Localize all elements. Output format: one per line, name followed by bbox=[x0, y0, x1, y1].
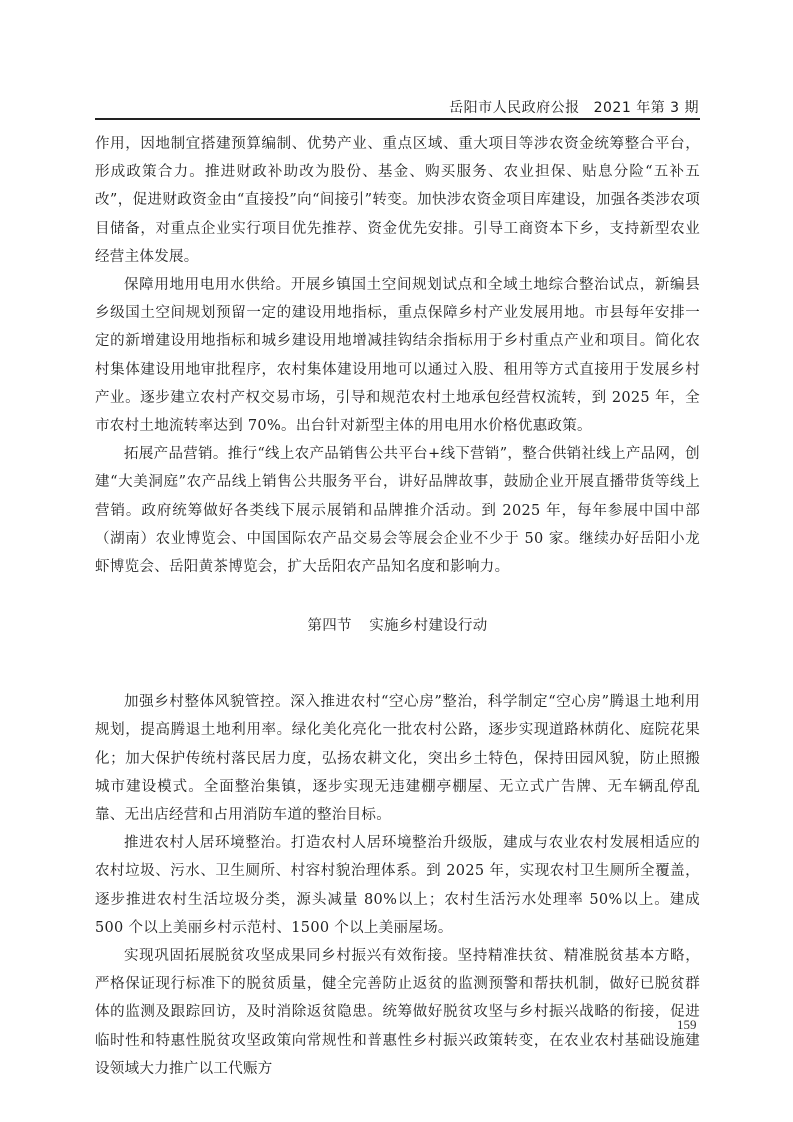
issue-label: 2021 年第 3 期 bbox=[594, 100, 699, 116]
section-title: 实施乡村建设行动 bbox=[369, 618, 487, 634]
paragraph-poverty-alleviation: 实现巩固拓展脱贫攻坚成果同乡村振兴有效衔接。坚持精准扶贫、精准脱贫基本方略，严格… bbox=[95, 942, 700, 1083]
paragraph-village-appearance: 加强乡村整体风貌管控。深入推进农村“空心房”整治，科学制定“空心房”腾退土地利用… bbox=[95, 688, 700, 829]
paragraph-product-marketing: 拓展产品营销。推行“线上农产品销售公共平台+线下营销”，整合供销社线上产品网，创… bbox=[95, 440, 700, 581]
paragraph-living-environment: 推进农村人居环境整治。打造农村人居环境整治升级版，建成与农业农村发展相适应的农村… bbox=[95, 829, 700, 942]
section-number: 第四节 bbox=[307, 618, 351, 634]
section-heading: 第四节实施乡村建设行动 bbox=[95, 612, 700, 640]
header-divider bbox=[95, 118, 700, 120]
page-number: 159 bbox=[677, 1017, 697, 1033]
publication-name: 岳阳市人民政府公报 bbox=[449, 100, 580, 116]
paragraph-fiscal-integration: 作用，因地制宜搭建预算编制、优势产业、重点区域、重大项目等涉农资金统筹整合平台，… bbox=[95, 130, 700, 271]
publication-header: 岳阳市人民政府公报2021 年第 3 期 bbox=[449, 97, 699, 117]
paragraph-land-power-water: 保障用地用电用水供给。开展乡镇国土空间规划试点和全域土地综合整治试点，新编县乡级… bbox=[95, 271, 700, 440]
document-body: 作用，因地制宜搭建预算编制、优势产业、重点区域、重大项目等涉农资金统筹整合平台，… bbox=[95, 130, 700, 1083]
